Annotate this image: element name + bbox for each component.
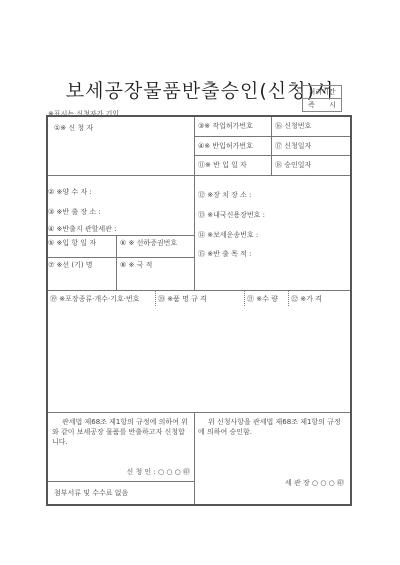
form-table: ①※ 신 청 자 ③※ 작업허가번호 ⑯ 신청번호 ④※ 반입허가번호 ⑰ 신청… [46, 115, 352, 506]
attachments-note: 첨부서류 및 수수료 없음 [54, 488, 128, 498]
divider [48, 412, 350, 413]
application-date-label: ⑰ 신청일자 [275, 141, 311, 151]
application-no-label: ⑯ 신청번호 [275, 121, 311, 131]
divider [288, 290, 289, 306]
approval-statement: 위 신청사항을 관세법 제68조 제1항의 규정에 의하여 승인함. [198, 417, 346, 437]
divider [194, 136, 350, 137]
packaging-column-header: ⑲ ※포장종류·개수·기호·번호 [50, 294, 139, 304]
approval-date-label: ⑱ 승인일자 [275, 160, 311, 170]
bl-no-label: ⑥ ※ 선하증권번호 [120, 238, 177, 248]
storage-place-label: ⑫ ※장 치 장 소 : [198, 190, 251, 200]
applicant-declaration: 관세법 제68조 제1항의 규정에 의하여 위와 같이 보세공장 물품를 반출하… [52, 417, 190, 447]
processing-period-box: 처리기간 즉 시 [302, 85, 342, 112]
vessel-name-label: ⑦ ※선 (기) 명 [48, 260, 93, 270]
quantity-column-header: ㉑ ※수 량 [247, 294, 278, 304]
price-column-header: ㉒ ※가 격 [291, 294, 322, 304]
applicant-label: ①※ 신 청 자 [54, 123, 93, 133]
arrival-date-label: ⑤ ※입 항 일 자 [48, 238, 96, 248]
divider [48, 257, 194, 258]
divider [116, 235, 117, 290]
processing-period-value: 즉 시 [303, 99, 341, 111]
applicant-signature: 신 청 인 : ○ ○ ○ ㊞ [126, 467, 190, 477]
nationality-label: ⑧ ※ 국 적 [120, 260, 152, 270]
transferee-label: ② ※양 수 자 : [48, 187, 92, 197]
divider [244, 290, 245, 306]
import-date-label: ⑪※ 반 입 일 자 [198, 160, 247, 170]
approver-signature: 세 관 장 ○ ○ ○ ㊞ [285, 478, 344, 488]
divider [48, 175, 350, 176]
divider [271, 117, 272, 175]
export-place-label: ③ ※반 출 장 소 : [48, 207, 101, 217]
bonded-transport-no-label: ⑭ ※보세운송번호 : [198, 230, 258, 240]
divider [48, 235, 194, 236]
export-purpose-label: ⑮ ※반 출 목 적 : [198, 249, 251, 259]
divider [48, 481, 194, 482]
divider [194, 412, 195, 504]
export-customs-label: ④ ※반출지 관할세관 : [48, 224, 117, 234]
divider [48, 290, 350, 291]
processing-period-label: 처리기간 [303, 86, 341, 99]
item-spec-column-header: ⑳ ※품 명 규 격 [158, 294, 207, 304]
work-permit-no-label: ③※ 작업허가번호 [198, 121, 253, 131]
import-permit-no-label: ④※ 반입허가번호 [198, 141, 253, 151]
divider [194, 155, 350, 156]
domestic-credit-no-label: ⑬ ※내국신용장번호 : [198, 210, 265, 220]
divider [194, 117, 195, 290]
divider [155, 290, 156, 306]
